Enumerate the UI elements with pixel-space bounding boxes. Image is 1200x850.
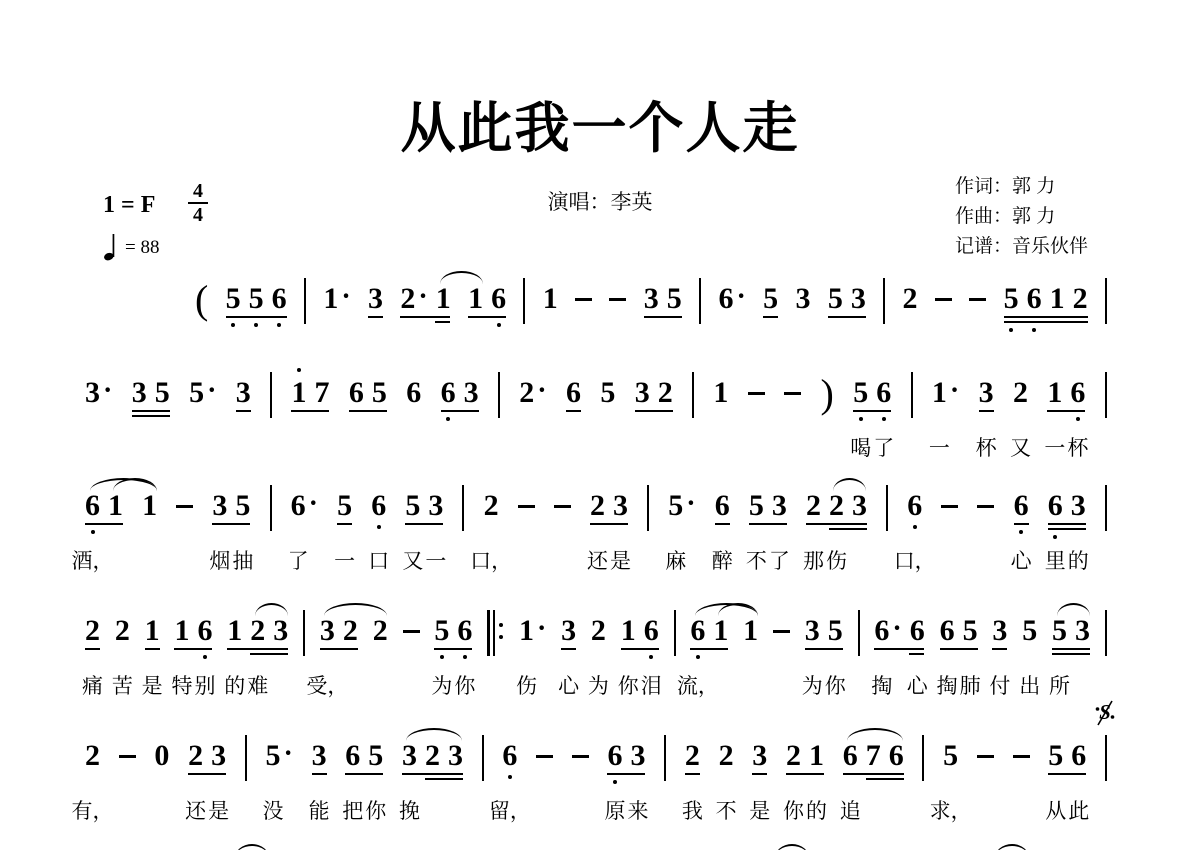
augmentation-dot: · [537,615,546,643]
note: 6 [876,377,891,409]
note-digit: 2 [115,615,130,647]
lyric: 是 [142,670,163,700]
barline [245,735,247,781]
beamed-note-group: 676 [843,740,904,772]
note: 3 [752,740,767,772]
beam-line [337,523,352,525]
lyric: 的 [224,670,245,700]
note: 1 [713,377,728,409]
note-digit: 3 [402,740,417,772]
note: 5 [828,615,843,647]
octave-dot-low [440,655,444,659]
beamed-note-group: 6 [715,490,730,522]
note-digit: 5 [372,377,387,409]
note: 3 [464,377,479,409]
beam-line [992,648,1007,650]
note-digit: 1 [468,283,483,315]
note: 2 [1073,283,1088,315]
note-digit: 3 [1075,615,1090,647]
note-digit: 3 [320,615,335,647]
octave-dot-low [1019,530,1023,534]
note: 2 [590,490,605,522]
beam-line [400,316,450,318]
augmentation-dot: · [284,740,293,768]
beamed-note-group: 61 [85,490,123,522]
beam-line [909,653,924,655]
beam-line [561,648,576,650]
note-digit: 5 [1004,283,1019,315]
note: 5 [943,740,958,772]
note-digit: 1 [291,377,306,409]
partial-slur-arc [775,844,809,850]
note: 2 [373,615,388,647]
note: 3 [428,490,443,522]
octave-dot-low [649,655,653,659]
note-digit: 1 [621,615,636,647]
beam-line [940,648,978,650]
lyric: 掏 [871,670,892,700]
note: 1· [932,377,959,409]
slur-arc [255,603,288,616]
beamed-note-group: 3 [312,740,327,772]
beam-line [188,773,226,775]
beam-line [685,773,700,775]
note-digit: 6 [1027,283,1042,315]
lyric: 受， [306,670,348,700]
augmentation-dot: · [207,377,216,405]
note: 1· [519,615,546,647]
duration-dash [176,505,193,508]
note: 3 [211,740,226,772]
barline [922,735,924,781]
barline [883,278,885,324]
note-digit: 1 [108,490,123,522]
lyric: 是 [749,795,770,825]
note: 2 [115,615,130,647]
octave-dot-low [508,775,512,779]
note-digit: 1 [743,615,758,647]
note: 1 [1050,283,1065,315]
barline [664,735,666,781]
beam-line [866,778,904,780]
beamed-note-group: 35 [805,615,843,647]
note: 5 [405,490,420,522]
note: 6 [566,377,581,409]
note-digit: 6 [910,615,925,647]
beamed-note-group: 5 [763,283,778,315]
beam-line [132,410,170,412]
lyric: 特 [171,670,192,700]
octave-dot-low [1032,328,1036,332]
duration-dash [969,298,986,301]
augmentation-dot: · [537,377,546,405]
note: 3 [992,615,1007,647]
beam-line [349,410,387,412]
barline [303,610,305,656]
note: 3 [852,490,867,522]
note: 3 [644,283,659,315]
note-digit: 6 [406,377,421,409]
note: 5 [434,615,449,647]
note: 6 [907,490,922,522]
beamed-note-group: 17 [291,377,329,409]
note-digit: 6 [1070,377,1085,409]
note: 2 [85,740,100,772]
beam-line [435,321,450,323]
beam-line [212,523,250,525]
octave-dot-low [203,655,207,659]
barline [1105,278,1107,324]
duration-dash [609,298,626,301]
note: 6 [85,490,100,522]
octave-dot-low [1053,535,1057,539]
note-digit: 3 [851,283,866,315]
lyric: 能 [309,795,330,825]
lyric: 又 [402,545,423,575]
beam-line [853,410,891,412]
note-digit: 5 [667,283,682,315]
note-digit: 2 [590,490,605,522]
note: 6 [1070,377,1085,409]
beamed-note-group: 16 [1047,377,1085,409]
note: 3 [448,740,463,772]
lyric: 的 [806,795,827,825]
note-digit: 6 [291,490,306,522]
lyric: 了 [873,432,894,462]
lyric: 那 [803,545,824,575]
note: 5 [763,283,778,315]
note-digit: 2 [719,740,734,772]
beam-line [320,648,358,650]
note-digit: 2 [1013,377,1028,409]
barline [270,372,272,418]
lyric: 杯 [1067,432,1088,462]
beam-line [468,316,506,318]
note: 6 [457,615,472,647]
note: 3 [635,377,650,409]
note: 2 [1013,377,1028,409]
note-digit: 5 [266,740,281,772]
note-digit: 5 [668,490,683,522]
note-digit: 5 [1052,615,1067,647]
note-digit: 2 [1073,283,1088,315]
beam-line [145,648,160,650]
beam-line [607,773,645,775]
note: 6 [843,740,858,772]
beamed-note-group: 6 [566,377,581,409]
beamed-note-group: 65 [345,740,383,772]
note: 2 [591,615,606,647]
note-digit: 2 [373,615,388,647]
lyric: 苦 [112,670,133,700]
lyric: 杯 [976,432,997,462]
note: 3 [613,490,628,522]
beamed-note-group: 56 [853,377,891,409]
note-digit: 3 [273,615,288,647]
beam-line [1004,316,1088,318]
note: 6 [345,740,360,772]
octave-dot-low [277,323,281,327]
octave-dot-low [377,525,381,529]
note-digit: 6 [718,283,733,315]
note-digit: 3 [635,377,650,409]
note: 2 [719,740,734,772]
beamed-note-group: 3 [992,615,1007,647]
duration-dash [119,755,136,758]
note-digit: 5 [226,283,241,315]
lyric: 心 [907,670,928,700]
note-digit: 3 [752,740,767,772]
note: 2 [484,490,499,522]
note: 5 [853,377,868,409]
note-digit: 6 [1071,740,1086,772]
note-digit: 3 [448,740,463,772]
note: 6 [940,615,955,647]
note-digit: 2 [400,283,415,315]
segno-icon: S [1094,698,1116,733]
note: 5 [600,377,615,409]
music-line-3: 611356·56532235·6532236663酒，烟抽了一口又一口，还是麻… [85,490,1107,582]
beamed-note-group: 3 [561,615,576,647]
duration-dash [403,630,420,633]
note: 5 [828,283,843,315]
note-digit: 2 [829,490,844,522]
beamed-note-group: 53 [1052,615,1090,647]
octave-dot-low [497,323,501,327]
lyric: 为 [588,670,609,700]
lyric: 里 [1045,545,1066,575]
lyric: 又 [1010,432,1031,462]
augmentation-dot: · [950,377,959,405]
beamed-note-group: 56 [1048,740,1086,772]
lyric: 出 [1019,670,1040,700]
note: 2 [829,490,844,522]
partial-slur-arc [995,844,1029,850]
note: 5· [266,740,293,772]
note: 3 [805,615,820,647]
beam-line [566,410,581,412]
beamed-note-group: 2 [85,615,100,647]
note: 6 [197,615,212,647]
note-digit: 1 [809,740,824,772]
note: 2· [519,377,546,409]
barline [1105,485,1107,531]
duration-dash [977,755,994,758]
lyric: 我 [682,795,703,825]
note-digit: 6 [457,615,472,647]
slur-arc [324,603,387,616]
note-digit: 1 [142,490,157,522]
note: 6 [371,490,386,522]
lyric: 心 [558,670,579,700]
octave-dot-low [882,417,886,421]
beam-line [345,773,383,775]
note-digit: 3 [772,490,787,522]
parenthesis: ( [195,279,208,321]
lyric: 掏 [937,670,958,700]
note: 6 [502,740,517,772]
duration-dash [773,630,790,633]
beam-line [874,648,924,650]
music-line-2: 3·355·317656632·65321)561·3216喝了一杯又一杯 [85,377,1107,469]
beamed-note-group: 6 [1014,490,1029,522]
note-digit: 6 [940,615,955,647]
beamed-note-group: 16 [468,283,506,315]
slur-arc [440,271,482,284]
note-digit: 2 [519,377,534,409]
barline [1105,372,1107,418]
note: 1 [621,615,636,647]
note-digit: 1 [713,615,728,647]
note-digit: 5 [963,615,978,647]
note: 6 [889,740,904,772]
lyric: 为 [802,670,823,700]
note: 3 [1071,490,1086,522]
beam-line [843,773,904,775]
note: 6 [1014,490,1029,522]
beam-line [763,316,778,318]
beam-line [226,316,287,318]
barline [858,610,860,656]
note-digit: 2 [658,377,673,409]
beam-line [635,410,673,412]
duration-dash [554,505,571,508]
note: 5 [155,377,170,409]
note: 6 [491,283,506,315]
beamed-note-group: 3 [236,377,251,409]
repeat-barline [487,610,504,656]
note: 1 [809,740,824,772]
augmentation-dot: · [309,490,318,518]
note-digit: 6 [644,615,659,647]
barline [911,372,913,418]
lyric: 没 [263,795,284,825]
note-digit: 3 [796,283,811,315]
beam-line [291,410,329,412]
lyric: 流， [677,670,719,700]
note-digit: 2 [425,740,440,772]
beam-line [85,648,100,650]
note-digit: 3 [236,377,251,409]
note: 3 [236,377,251,409]
beam-line [621,648,659,650]
barline [1105,610,1107,656]
octave-dot-high [297,368,301,372]
beamed-note-group: 32 [635,377,673,409]
note-digit: 3 [644,283,659,315]
lyric: 一 [334,545,355,575]
note-digit: 5 [235,490,250,522]
note-digit: 6 [345,740,360,772]
augmentation-dot: · [892,615,901,643]
beam-line [979,410,994,412]
beam-line [805,648,843,650]
note-digit: 1 [932,377,947,409]
note-digit: 3 [85,377,100,409]
note: 1· [323,283,350,315]
note: 5 [1022,615,1037,647]
note-digit: 1 [1050,283,1065,315]
octave-dot-low [254,323,258,327]
note: 3 [402,740,417,772]
note: 6 [910,615,925,647]
note: 5 [1004,283,1019,315]
note-digit: 2 [786,740,801,772]
note: 3 [1075,615,1090,647]
lyric: 了 [769,545,790,575]
barline [270,485,272,531]
lyric: 你 [783,795,804,825]
beam-line [132,415,170,417]
note-digit: 6 [690,615,705,647]
beam-line [405,523,443,525]
note-digit: 5 [434,615,449,647]
beam-line [174,648,212,650]
note: 5 [1052,615,1067,647]
lyric: 留， [489,795,531,825]
lyric: 麻 [665,545,686,575]
barline [699,278,701,324]
note-digit: 1 [713,377,728,409]
note-digit: 2 [85,615,100,647]
lyric: 有， [72,795,114,825]
lyric: 求， [930,795,972,825]
beam-line [1052,653,1090,655]
note: 3 [212,490,227,522]
beam-line [1048,773,1086,775]
duration-dash [977,505,994,508]
lyric: 你 [454,670,475,700]
lyric: 从 [1045,795,1066,825]
note-digit: 1 [543,283,558,315]
beam-line [402,773,463,775]
note: 6 [1071,740,1086,772]
note: 3 [796,283,811,315]
duration-dash [575,298,592,301]
octave-dot-low [231,323,235,327]
lyric: 喝 [850,432,871,462]
note: 6· [291,490,318,522]
note-digit: 5 [943,740,958,772]
note-digit: 3 [212,490,227,522]
note-digit: 5 [600,377,615,409]
beamed-note-group: 53 [405,490,443,522]
beamed-note-group: 63 [607,740,645,772]
partial-slur-arc [235,844,269,850]
note: 5 [235,490,250,522]
note-digit: 7 [314,377,329,409]
note: 3 [273,615,288,647]
lyric: 不 [746,545,767,575]
beamed-note-group: 3 [368,283,383,315]
beam-line [1052,648,1090,650]
lyric: 醉 [712,545,733,575]
note-digit: 3 [805,615,820,647]
augmentation-dot: · [341,283,350,311]
note: 6 [1027,283,1042,315]
note-digit: 6 [566,377,581,409]
note: 6 [715,490,730,522]
note: 1 [436,283,451,315]
note-digit: 6 [349,377,364,409]
note-digit: 6 [272,283,287,315]
lyric: 烟 [209,545,230,575]
note-digit: 5 [763,283,778,315]
note: 2 [658,377,673,409]
octave-dot-low [91,530,95,534]
note-digit: 1 [227,615,242,647]
note-digit: 3 [852,490,867,522]
